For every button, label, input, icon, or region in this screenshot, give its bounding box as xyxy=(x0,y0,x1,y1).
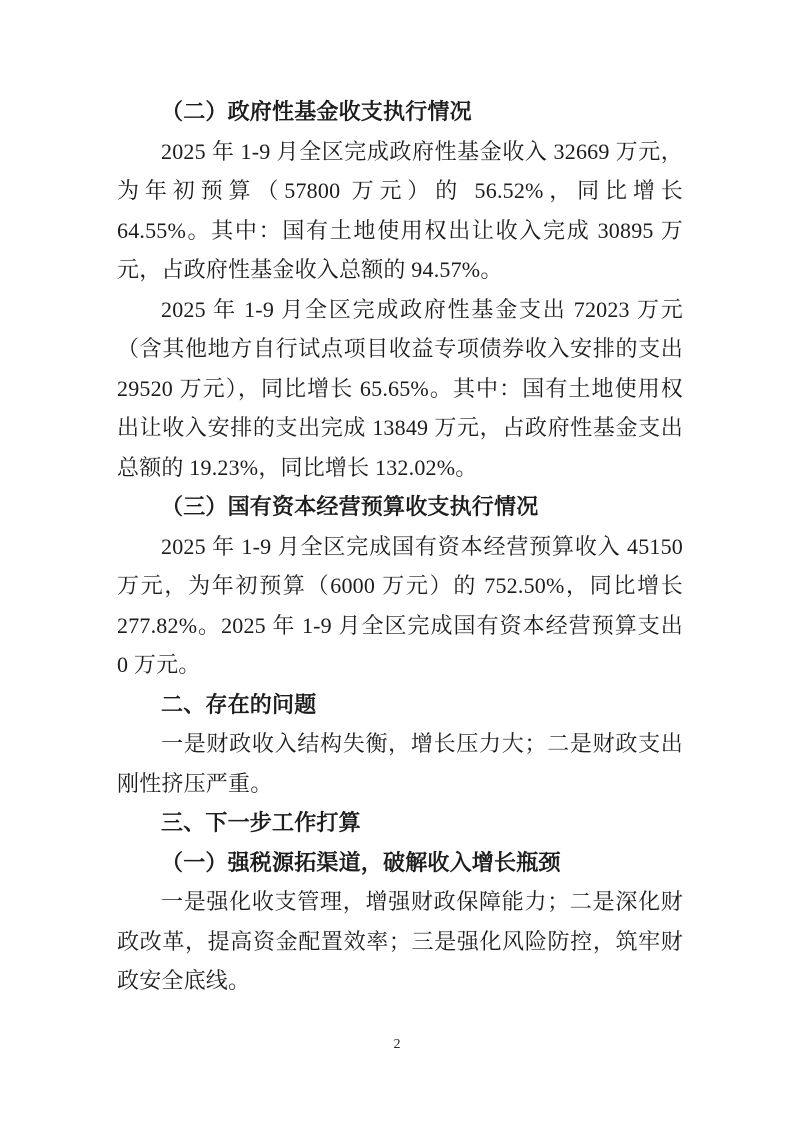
para-existing-problems: 一是财政收入结构失衡，增长压力大；二是财政支出刚性挤压严重。 xyxy=(117,724,683,803)
page-number: 2 xyxy=(0,1036,794,1054)
para-gov-fund-expenditure: 2025 年 1-9 月全区完成政府性基金支出 72023 万元（含其他地方自行… xyxy=(117,290,683,488)
para-work-measures: 一是强化收支管理，增强财政保障能力；二是深化财政改革，提高资金配置效率；三是强化… xyxy=(117,882,683,1001)
para-state-capital-budget: 2025 年 1-9 月全区完成国有资本经营预算收入 45150 万元，为年初预… xyxy=(117,527,683,685)
heading-strengthen-tax-sources: （一）强税源拓渠道，破解收入增长瓶颈 xyxy=(117,843,683,883)
para-gov-fund-revenue: 2025 年 1-9 月全区完成政府性基金收入 32669 万元，为年初预算（5… xyxy=(117,132,683,290)
document-body: （二）政府性基金收支执行情况 2025 年 1-9 月全区完成政府性基金收入 3… xyxy=(117,92,683,1001)
heading-next-step-plans: 三、下一步工作打算 xyxy=(117,803,683,843)
heading-gov-fund-execution: （二）政府性基金收支执行情况 xyxy=(117,92,683,132)
document-page: （二）政府性基金收支执行情况 2025 年 1-9 月全区完成政府性基金收入 3… xyxy=(0,0,794,1122)
heading-existing-problems: 二、存在的问题 xyxy=(117,685,683,725)
heading-state-capital-execution: （三）国有资本经营预算收支执行情况 xyxy=(117,487,683,527)
